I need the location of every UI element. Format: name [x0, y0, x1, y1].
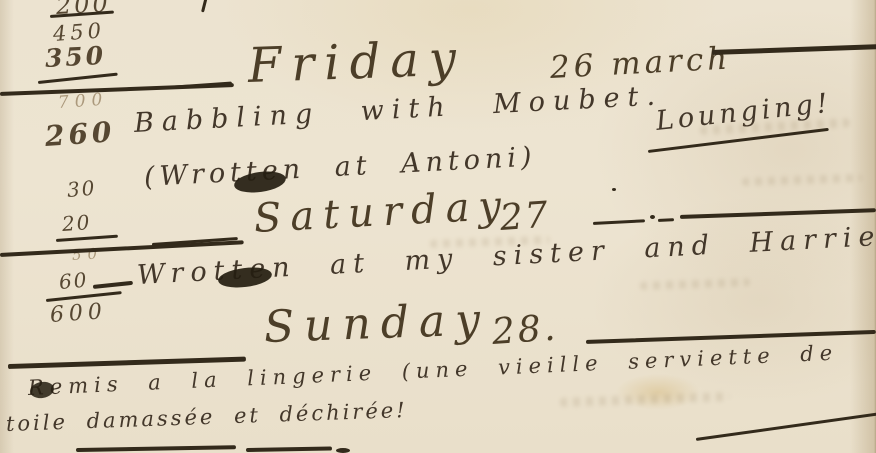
margin-number-20: 20: [61, 210, 92, 236]
saturday-dash-dot: [650, 215, 655, 219]
entry-saturday-date: 27: [499, 195, 552, 239]
entry-sunday-date: 28.: [491, 307, 560, 353]
diary-page: 200 450 350 700 260 30 20 50 60 600 Frid…: [0, 0, 876, 453]
entry-sunday-line1: Remis a la lingerie (une vieille serviet…: [27, 341, 838, 400]
saturday-dash-2: [658, 218, 674, 221]
showthrough-smudge-4: [560, 392, 730, 407]
margin-number-350: 350: [44, 41, 107, 73]
saturday-rule-right: [680, 208, 876, 219]
bottom-cutoff-stroke-1: [76, 445, 236, 452]
bottom-cutoff-stroke-2: [246, 446, 332, 452]
showthrough-smudge-3: [640, 278, 750, 290]
saturday-dash-1: [593, 219, 645, 224]
lead-dash-wrotten: [93, 281, 133, 289]
margin-number-600: 600: [49, 299, 108, 328]
margin-number-60: 60: [58, 267, 89, 293]
entry-friday-date: 26 march: [549, 41, 732, 86]
margin-number-30: 30: [66, 175, 97, 201]
entry-saturday-day: Saturday: [253, 183, 511, 242]
entry-friday-line1: Babbling with Moubet.: [133, 80, 663, 139]
bottom-cutoff-blob: [336, 448, 350, 453]
entry-sunday-line2: toile damassée et déchirée!: [6, 398, 408, 436]
mark-after-antoni: [612, 188, 616, 191]
section-rule-left-3: [8, 357, 246, 369]
showthrough-smudge-2: [742, 174, 862, 186]
top-cutoff-stroke: [201, 0, 208, 12]
margin-number-200: 200: [55, 0, 111, 20]
margin-number-260: 260: [44, 115, 117, 153]
entry-sunday-day: Sunday: [263, 294, 491, 353]
entry-friday-day: Friday: [247, 30, 467, 94]
rule-after-march: [712, 44, 876, 54]
margin-sum-rule-1: [38, 73, 118, 84]
section-rule-left-2: [0, 240, 244, 256]
bottom-right-diagonal-rule: [696, 412, 876, 441]
